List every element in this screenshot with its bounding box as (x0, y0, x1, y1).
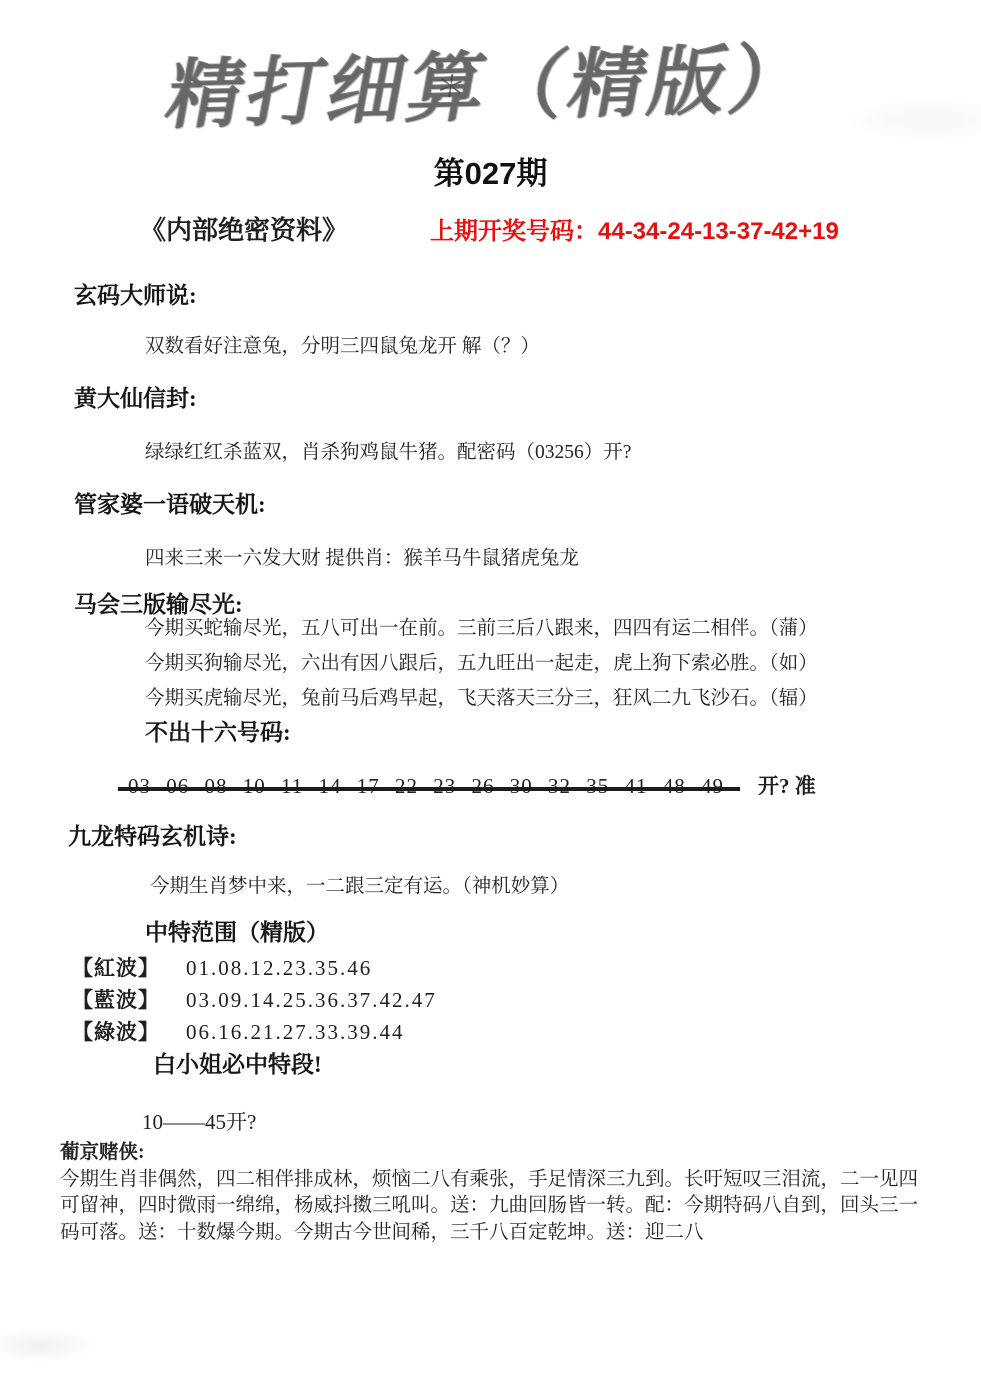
star-flourish-icon: ＊ (433, 60, 469, 108)
wave-label-red: 【紅波】 (72, 956, 160, 980)
mahui-verse-line: 今期买虎输尽光，兔前马后鸡早起，飞天落天三分三，狂风二九飞沙石。（辐） (145, 682, 818, 710)
baixiaojie-range: 10——45开? (142, 1106, 256, 1136)
wave-label-blue: 【藍波】 (72, 988, 160, 1012)
pujing-paragraph: 今期生肖非偶然，四二相伴排成林，烦恼二八有乘张，手足情深三九到。长吁短叹三泪流，… (60, 1167, 926, 1247)
mahui-verse-line: 今期买蛇输尽光，五八可出一在前。三前三后八跟来，四四有运二相伴。（蒲） (145, 612, 818, 640)
section-heading-master: 玄码大师说: (74, 277, 197, 310)
wave-row-green: 【綠波】06.16.21.27.33.39.44 (72, 1016, 405, 1046)
master-verse: 双数看好注意兔，分明三四鼠兔龙开 解（？） (145, 330, 540, 358)
section-heading-guanjiapo: 管家婆一语破天机: (74, 486, 266, 519)
tip-sheet-page: 精打细算（精版） ＊ 第027期 《内部绝密资料》 上期开奖号码：44-34-2… (0, 0, 981, 1388)
jiulong-verse: 今期生肖梦中来，一二跟三定有运。（神机妙算） (150, 870, 569, 898)
wave-numbers-red: 01.08.12.23.35.46 (186, 956, 372, 980)
pujing-section: 葡京赌侠: 今期生肖非偶然，四二相伴排成林，烦恼二八有乘张，手足情深三九到。长吁… (60, 1140, 926, 1246)
wave-numbers-green: 06.16.21.27.33.39.44 (186, 1020, 405, 1044)
masthead-calligraphy-title: 精打细算（精版） (0, 13, 981, 148)
section-heading-baixiaojie: 白小姐必中特段! (153, 1046, 322, 1079)
secret-material-label: 《内部绝密资料》 (140, 210, 348, 247)
section-heading-sixteen: 不出十六号码: (145, 714, 291, 747)
wave-row-red: 【紅波】01.08.12.23.35.46 (72, 952, 372, 982)
wave-numbers-blue: 03.09.14.25.36.37.42.47 (186, 988, 437, 1012)
wave-row-blue: 【藍波】03.09.14.25.36.37.42.47 (72, 984, 437, 1014)
section-heading-pujing: 葡京赌侠: (60, 1140, 926, 1167)
guanjiapo-verse: 四来三来一六发大财 提供肖：猴羊马牛鼠猪虎兔龙 (145, 542, 579, 570)
excluded-numbers-suffix: 开? 准 (758, 774, 816, 798)
last-draw-result: 上期开奖号码：44-34-24-13-37-42+19 (430, 211, 839, 246)
huangdaxian-verse: 绿绿红红杀蓝双，肖杀狗鸡鼠牛猪。配密码（03256）开? (145, 436, 631, 464)
issue-number: 第027期 (0, 148, 981, 193)
mahui-verse-line: 今期买狗输尽光，六出有因八跟后，五九旺出一起走，虎上狗下索必胜。（如） (145, 647, 818, 675)
section-heading-zhongte: 中特范围（精版） (145, 914, 329, 947)
section-heading-huangdaxian: 黄大仙信封: (74, 380, 197, 413)
section-heading-jiulong: 九龙特码玄机诗: (68, 818, 237, 851)
excluded-numbers-row: 03 06 08 10 11 14 17 22 23 26 30 32 35 4… (128, 770, 816, 800)
excluded-numbers: 03 06 08 10 11 14 17 22 23 26 30 32 35 4… (128, 774, 724, 799)
wave-label-green: 【綠波】 (72, 1020, 160, 1044)
